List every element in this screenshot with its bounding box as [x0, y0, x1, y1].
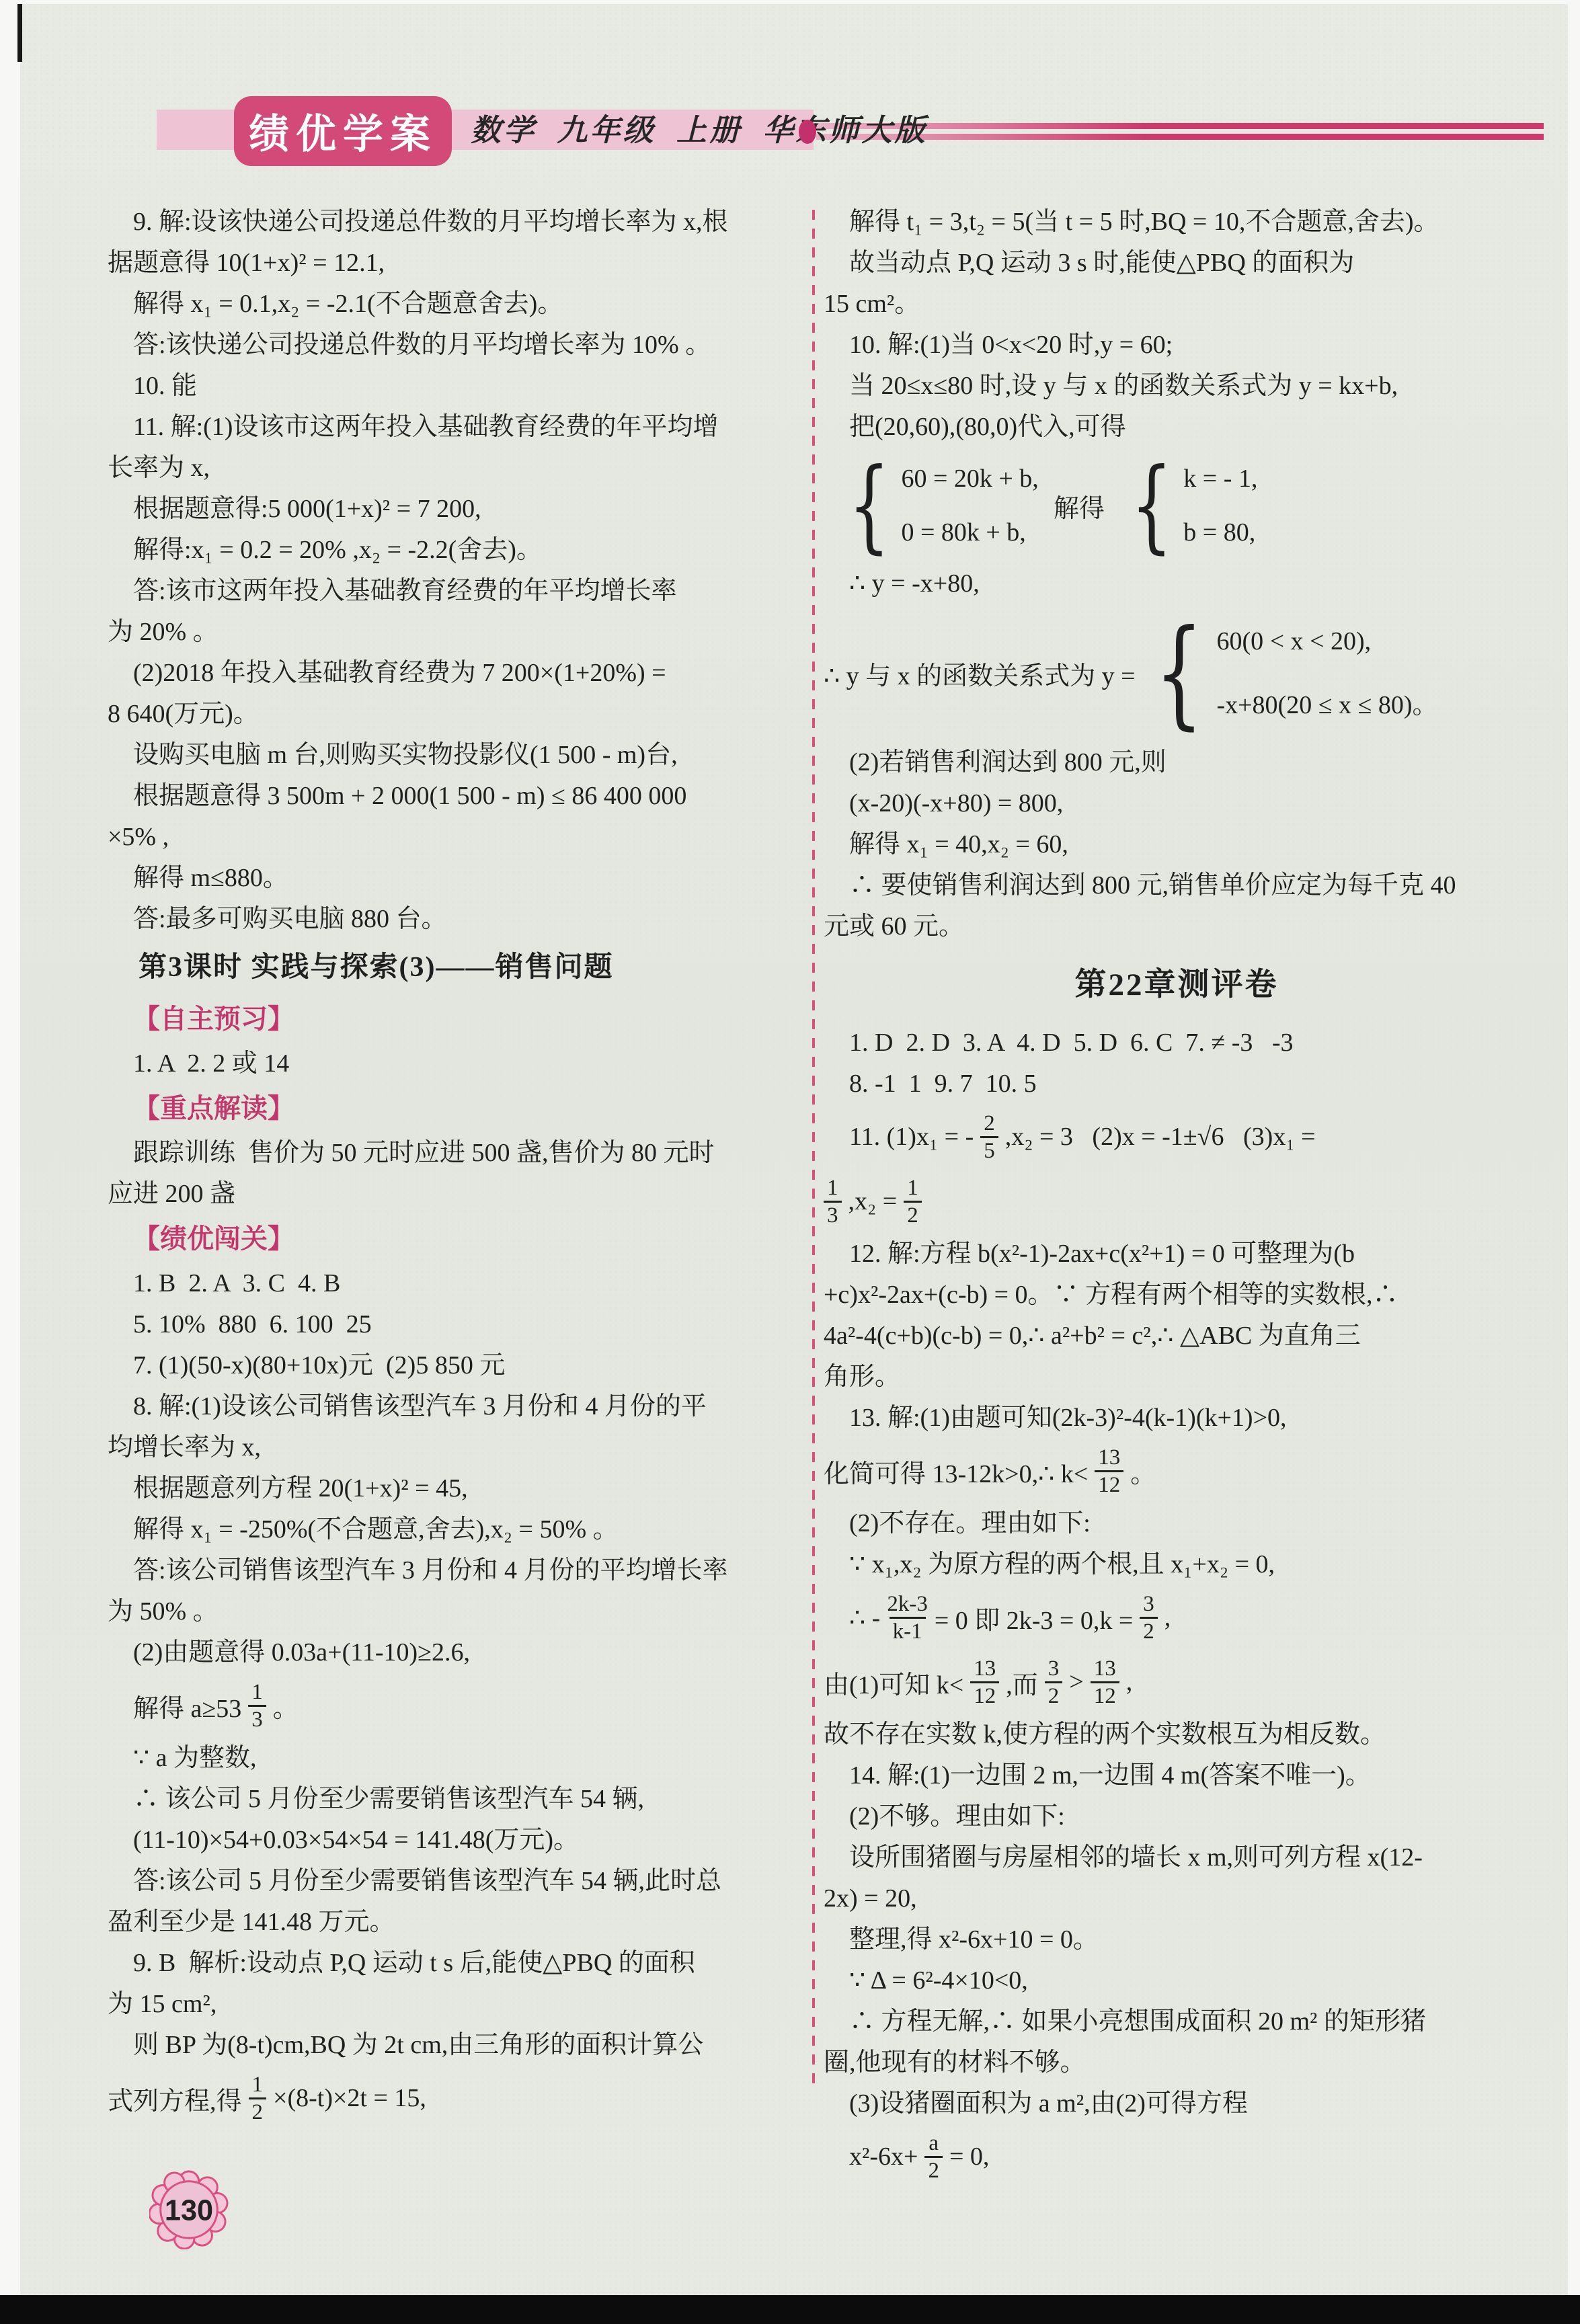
text-line: ∵ a 为整数,	[108, 1738, 787, 1779]
text-line: ∴ 方程无解,∴ 如果小亮想围成面积 20 m² 的矩形猪	[824, 2001, 1530, 2042]
text-segment: 。	[273, 1687, 299, 1724]
brand-badge: 绩优学案	[234, 96, 452, 166]
fraction-denominator: 3	[824, 1201, 842, 1228]
text-segment: ∴ -	[849, 1603, 880, 1633]
text-line-with-fraction: 式列方程,得 1 2 ×(8-t)×2t = 15,	[108, 2066, 787, 2130]
text-line: 4a²-4(c+b)(c-b) = 0,∴ a²+b² = c²,∴ △ABC …	[824, 1316, 1530, 1357]
text-segment: ∴ y 与 x 的函数关系式为 y =	[824, 655, 1142, 692]
fraction-numerator: 3	[1048, 1656, 1060, 1681]
text-line-with-fraction: 由(1)可知 k< 13 12 ,而 3 2 > 13 12 ,	[824, 1650, 1530, 1714]
text-line: (3)设猪圈面积为 a m²,由(2)可得方程	[824, 2083, 1530, 2124]
equation-system: { 60 = 20k + b, 0 = 80k + b, 解得 { k = - …	[824, 448, 1530, 563]
text-line: (2)由题意得 0.03a+(11-10)≥2.6,	[108, 1632, 787, 1673]
text-line: 10. 解:(1)当 0<x<20 时,y = 60;	[824, 325, 1530, 366]
text-segment: = 0,	[949, 2142, 989, 2171]
text-segment: 由(1)可知 k<	[824, 1664, 963, 1701]
fraction-denominator: 2	[249, 2097, 267, 2125]
text-line: ∵ Δ = 6²-4×10<0,	[824, 1960, 1530, 2001]
fraction-numerator: 2	[984, 1111, 995, 1136]
text-segment: 。	[1130, 1453, 1156, 1490]
text-line: ∴ 要使销售利润达到 800 元,销售单价应定为每千克 40	[824, 865, 1530, 906]
text-line: 答:该市这两年投入基础教育经费的年平均增长率	[108, 571, 787, 612]
text-line: 盈利至少是 141.48 万元。	[108, 1902, 787, 1943]
text-line: ∴ 该公司 5 月份至少需要销售该型汽车 54 辆,	[108, 1779, 787, 1820]
text-line: 根据题意得 3 500m + 2 000(1 500 - m) ≤ 86 400…	[108, 776, 787, 817]
text-line: 长率为 x,	[108, 448, 787, 489]
text-line: 为 15 cm²,	[108, 1984, 787, 2025]
text-segment: ,x₂ =	[848, 1187, 898, 1216]
text-line: 解得 x₁ = -250%(不合题意,舍去),x₂ = 50% 。	[108, 1509, 787, 1550]
text-line: 答:该公司销售该型汽车 3 月份和 4 月份的平均增长率	[108, 1550, 787, 1591]
text-line: 应进 200 盏	[108, 1174, 787, 1215]
text-line: 5. 10% 880 6. 100 25	[108, 1304, 787, 1345]
text-line: 答:最多可购买电脑 880 台。	[108, 899, 787, 940]
left-brace-icon: {	[848, 455, 890, 556]
equation-line: -x+80(20 ≤ x ≤ 80)。	[1216, 674, 1437, 737]
text-line: 12. 解:方程 b(x²-1)-2ax+c(x²+1) = 0 可整理为(b	[824, 1234, 1530, 1275]
text-line: 圈,他现有的材料不够。	[824, 2042, 1530, 2083]
fraction-denominator: 3	[248, 1705, 266, 1732]
left-brace-icon: {	[1155, 614, 1203, 732]
text-line: 1. D 2. D 3. A 4. D 5. D 6. C 7. ≠ -3 -3	[824, 1023, 1530, 1064]
text-line: 答:该快递公司投递总件数的月平均增长率为 10% 。	[108, 325, 787, 366]
text-line: 跟踪训练 售价为 50 元时应进 500 盏,售价为 80 元时	[108, 1133, 787, 1174]
fraction: 3 2	[1140, 1591, 1158, 1644]
text-line: 1. B 2. A 3. C 4. B	[108, 1263, 787, 1304]
text-line: 根据题意列方程 20(1+x)² = 45,	[108, 1468, 787, 1509]
text-line: 8. 解:(1)设该公司销售该型汽车 3 月份和 4 月份的平	[108, 1386, 787, 1427]
text-segment: 解得 a≥53	[133, 1687, 241, 1724]
scan-bottom-band	[0, 2295, 1580, 2324]
text-line: 解得 x₁ = 40,x₂ = 60,	[824, 824, 1530, 865]
text-segment: ,	[1126, 1667, 1133, 1697]
text-line: (2)不够。理由如下:	[824, 1796, 1530, 1837]
text-segment: 化简可得 13-12k>0,∴ k<	[824, 1453, 1088, 1490]
fraction-numerator: 1	[907, 1175, 918, 1201]
fraction-denominator: 2	[1045, 1681, 1063, 1709]
text-line-with-fraction: 1 3 ,x₂ = 1 2	[824, 1169, 1530, 1234]
equation-line: 0 = 80k + b,	[901, 506, 1038, 559]
text-line: ×5% ,	[108, 817, 787, 858]
text-line: 9. 解:设该快递公司投递总件数的月平均增长率为 x,根	[108, 202, 787, 243]
text-line: 则 BP 为(8-t)cm,BQ 为 2t cm,由三角形的面积计算公	[108, 2025, 787, 2066]
fraction-numerator: 1	[251, 1679, 263, 1705]
fraction: 1 2	[249, 2072, 267, 2125]
text-line: 把(20,60),(80,0)代入,可得	[824, 407, 1530, 448]
text-line: 据题意得 10(1+x)² = 12.1,	[108, 243, 787, 284]
equation-line: 60(0 < x < 20),	[1216, 610, 1437, 674]
scan-edge-mark	[17, 4, 22, 62]
fraction-denominator: 5	[980, 1136, 998, 1164]
text-line: 答:该公司 5 月份至少需要销售该型汽车 54 辆,此时总	[108, 1861, 787, 1902]
text-line: 1. A 2. 2 或 14	[108, 1043, 787, 1084]
fraction: 2 5	[980, 1111, 998, 1164]
section-label-self-preview: 【自主预习】	[108, 995, 787, 1043]
text-line: 10. 能	[108, 366, 787, 407]
text-line: (2)2018 年投入基础教育经费为 7 200×(1+20%) =	[108, 653, 787, 694]
text-line: 故不存在实数 k,使方程的两个实数根互为相反数。	[824, 1714, 1530, 1755]
equation-stack: 60 = 20k + b, 0 = 80k + b,	[901, 452, 1038, 559]
text-line: (x-20)(-x+80) = 800,	[824, 783, 1530, 824]
left-column: 9. 解:设该快递公司投递总件数的月平均增长率为 x,根 据题意得 10(1+x…	[108, 202, 787, 2130]
equation-stack: 60(0 < x < 20), -x+80(20 ≤ x ≤ 80)。	[1216, 610, 1437, 737]
column-divider	[812, 210, 815, 2092]
text-line: 8. -1 1 9. 7 10. 5	[824, 1064, 1530, 1105]
fraction-numerator: 13	[1094, 1656, 1116, 1681]
text-line-with-fraction: 解得 a≥53 1 3 。	[108, 1673, 787, 1738]
subject-title: 数学 九年级 上册 华东师大版	[471, 112, 814, 149]
text-line: 角形。	[824, 1357, 1530, 1398]
fraction-numerator: 13	[974, 1656, 996, 1681]
text-line-with-fraction: 11. (1)x₁ = - 2 5 ,x₂ = 3 (2)x = -1±√6 (…	[824, 1105, 1530, 1169]
left-brace-icon: {	[1131, 455, 1173, 556]
page-number: 130	[165, 2195, 213, 2227]
equation-stack: k = - 1, b = 80,	[1183, 452, 1257, 559]
piecewise-function: ∴ y 与 x 的函数关系式为 y = { 60(0 < x < 20), -x…	[824, 604, 1530, 742]
right-column: 解得 t₁ = 3,t₂ = 5(当 t = 5 时,BQ = 10,不合题意,…	[824, 202, 1530, 2189]
equation-line: k = - 1,	[1183, 452, 1257, 506]
fraction-denominator: 12	[1095, 1470, 1123, 1498]
text-segment: >	[1069, 1667, 1083, 1697]
fraction-denominator: 2	[904, 1201, 922, 1228]
fraction: 1 3	[824, 1175, 842, 1228]
chapter-test-heading: 第22章测评卷	[824, 947, 1530, 1023]
solve-label: 解得	[1054, 487, 1105, 524]
fraction: 2k-3 k-1	[887, 1591, 928, 1644]
text-line-with-fraction: x²-6x+ a 2 = 0,	[824, 2124, 1530, 2189]
equation-line: b = 80,	[1183, 506, 1257, 559]
fraction: 13 12	[970, 1656, 999, 1709]
fraction: 13 12	[1095, 1445, 1123, 1498]
fraction-numerator: a	[929, 2130, 939, 2156]
text-segment: x²-6x+	[849, 2142, 918, 2171]
text-segment: = 0 即 2k-3 = 0,k =	[935, 1599, 1133, 1636]
text-line: ∵ x₁,x₂ 为原方程的两个根,且 x₁+x₂ = 0,	[824, 1544, 1530, 1585]
header-dot-icon	[799, 120, 816, 144]
text-line: 解得 t₁ = 3,t₂ = 5(当 t = 5 时,BQ = 10,不合题意,…	[824, 202, 1530, 243]
fraction-numerator: 3	[1143, 1591, 1154, 1617]
fraction-numerator: 2k-3	[887, 1591, 928, 1617]
text-line: 解得 x₁ = 0.1,x₂ = -2.1(不合题意舍去)。	[108, 284, 787, 325]
text-line: 元或 60 元。	[824, 906, 1530, 947]
fraction-denominator: k-1	[890, 1617, 926, 1644]
lesson-heading: 第3课时 实践与探索(3)——销售问题	[108, 940, 787, 995]
text-line: (2)若销售利润达到 800 元,则	[824, 742, 1530, 783]
text-segment: ×(8-t)×2t = 15,	[273, 2083, 426, 2113]
text-segment: 式列方程,得	[108, 2080, 242, 2117]
text-line: 8 640(万元)。	[108, 694, 787, 735]
text-line: 15 cm²。	[824, 284, 1530, 325]
section-label-key-points: 【重点解读】	[108, 1084, 787, 1133]
text-line: 解得 m≤880。	[108, 858, 787, 899]
text-segment: 11. (1)x₁ = -	[849, 1122, 974, 1152]
fraction-numerator: 1	[252, 2072, 264, 2097]
fraction-denominator: 12	[970, 1681, 999, 1709]
text-line: 9. B 解析:设动点 P,Q 运动 t s 后,能使△PBQ 的面积	[108, 1943, 787, 1984]
text-line: 7. (1)(50-x)(80+10x)元 (2)5 850 元	[108, 1345, 787, 1386]
text-segment: ,	[1164, 1603, 1171, 1632]
page-number-badge: 130	[149, 2170, 229, 2249]
text-line: 13. 解:(1)由题可知(2k-3)²-4(k-1)(k+1)>0,	[824, 1398, 1530, 1439]
text-line: 设购买电脑 m 台,则购买实物投影仪(1 500 - m)台,	[108, 735, 787, 776]
text-segment: ,x₂ = 3 (2)x = -1±√6 (3)x₁ =	[1005, 1122, 1316, 1152]
section-label-challenge: 【绩优闯关】	[108, 1215, 787, 1263]
text-line: 为 50% 。	[108, 1591, 787, 1632]
text-line: 根据题意得:5 000(1+x)² = 7 200,	[108, 489, 787, 530]
equation-line: 60 = 20k + b,	[901, 452, 1038, 506]
fraction: a 2	[924, 2130, 943, 2183]
text-line-with-fraction: ∴ - 2k-3 k-1 = 0 即 2k-3 = 0,k = 3 2 ,	[824, 1585, 1530, 1650]
text-line: 解得:x₁ = 0.2 = 20% ,x₂ = -2.2(舍去)。	[108, 530, 787, 571]
text-line: 设所围猪圈与房屋相邻的墙长 x m,则可列方程 x(12-	[824, 1837, 1530, 1878]
text-line: (2)不存在。理由如下:	[824, 1503, 1530, 1544]
text-line: 均增长率为 x,	[108, 1427, 787, 1468]
fraction: 13 12	[1091, 1656, 1119, 1709]
text-segment: ,而	[1006, 1664, 1038, 1701]
text-line: 整理,得 x²-6x+10 = 0。	[824, 1919, 1530, 1960]
text-line: 当 20≤x≤80 时,设 y 与 x 的函数关系式为 y = kx+b,	[824, 366, 1530, 407]
text-line: 14. 解:(1)一边围 2 m,一边围 4 m(答案不唯一)。	[824, 1755, 1530, 1796]
fraction-numerator: 1	[827, 1175, 838, 1201]
text-line: 11. 解:(1)设该市这两年投入基础教育经费的年平均增	[108, 407, 787, 448]
fraction-denominator: 2	[924, 2156, 943, 2183]
fraction: 1 2	[904, 1175, 922, 1228]
fraction-denominator: 12	[1091, 1681, 1119, 1709]
fraction: 3 2	[1045, 1656, 1063, 1709]
text-line: +c)x²-2ax+(c-b) = 0。∵ 方程有两个相等的实数根,∴	[824, 1275, 1530, 1316]
text-line: 为 20% 。	[108, 612, 787, 653]
fraction: 1 3	[248, 1679, 266, 1732]
text-line: ∴ y = -x+80,	[824, 563, 1530, 604]
workbook-page: 绩优学案 数学 九年级 上册 华东师大版 9. 解:设该快递公司投递总件数的月平…	[0, 0, 1580, 2324]
text-line: 故当动点 P,Q 运动 3 s 时,能使△PBQ 的面积为	[824, 243, 1530, 284]
text-line-with-fraction: 化简可得 13-12k>0,∴ k< 13 12 。	[824, 1439, 1530, 1503]
text-line: 2x) = 20,	[824, 1878, 1530, 1919]
fraction-numerator: 13	[1098, 1445, 1120, 1470]
fraction-denominator: 2	[1140, 1617, 1158, 1644]
text-line: (11-10)×54+0.03×54×54 = 141.48(万元)。	[108, 1820, 787, 1861]
